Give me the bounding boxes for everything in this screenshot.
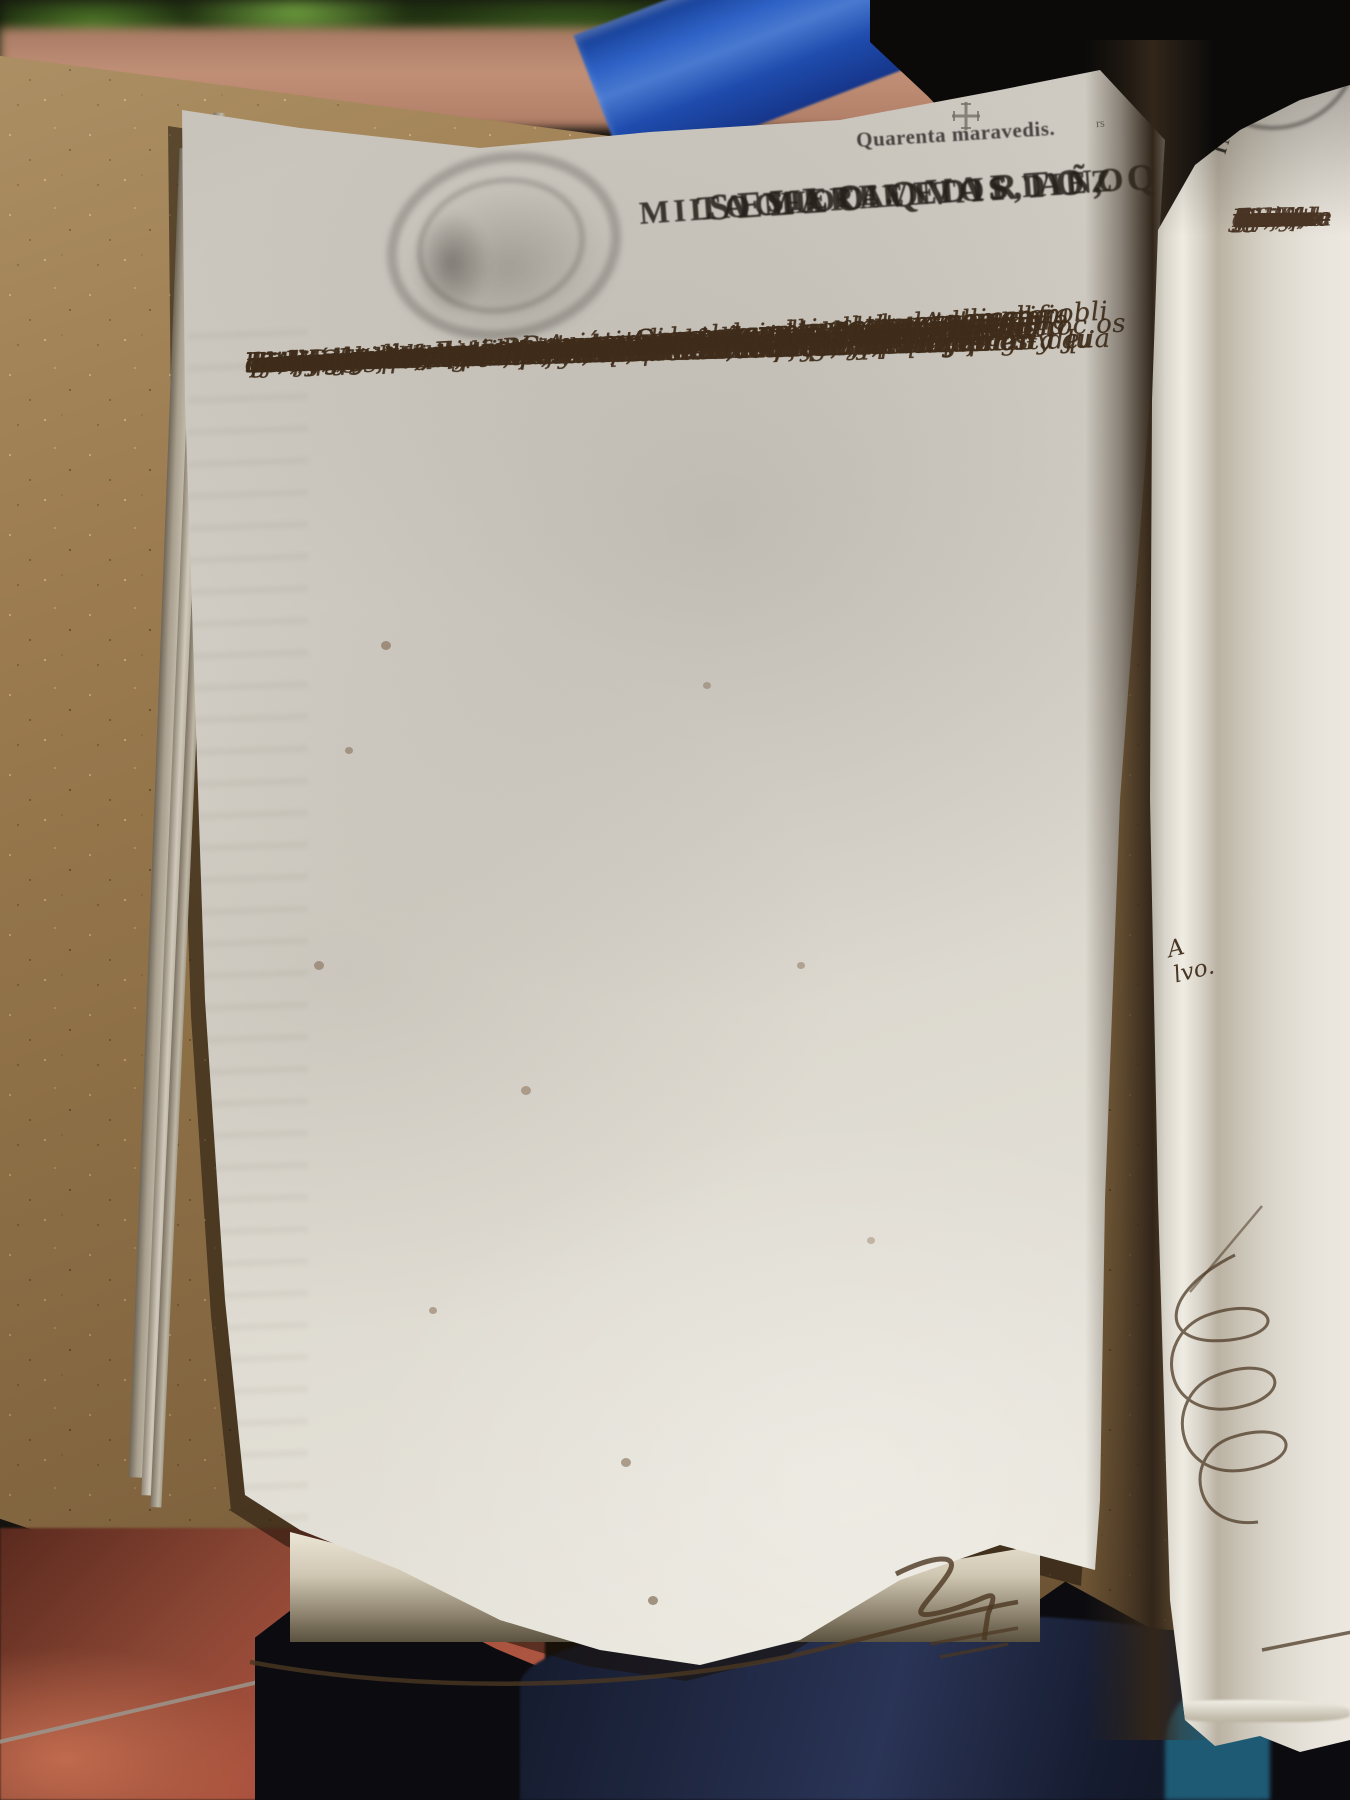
right-page-line-38: Aria bbox=[1236, 199, 1290, 238]
handwritten-text-block: venta y ocho; el de Doze, á sesenta; el … bbox=[250, 338, 1210, 346]
photo-scene: Quarenta maravedis. rs SELLO QVARTO, QVA… bbox=[0, 0, 1350, 1800]
round-seal-blot bbox=[404, 198, 499, 328]
marginal-note: A lvo. bbox=[1165, 924, 1236, 989]
manuscript-left-page: Quarenta maravedis. rs SELLO QVARTO, QVA… bbox=[168, 58, 1168, 1718]
forty-maravedis-stamp: Quarenta maravedis. bbox=[855, 116, 1055, 153]
